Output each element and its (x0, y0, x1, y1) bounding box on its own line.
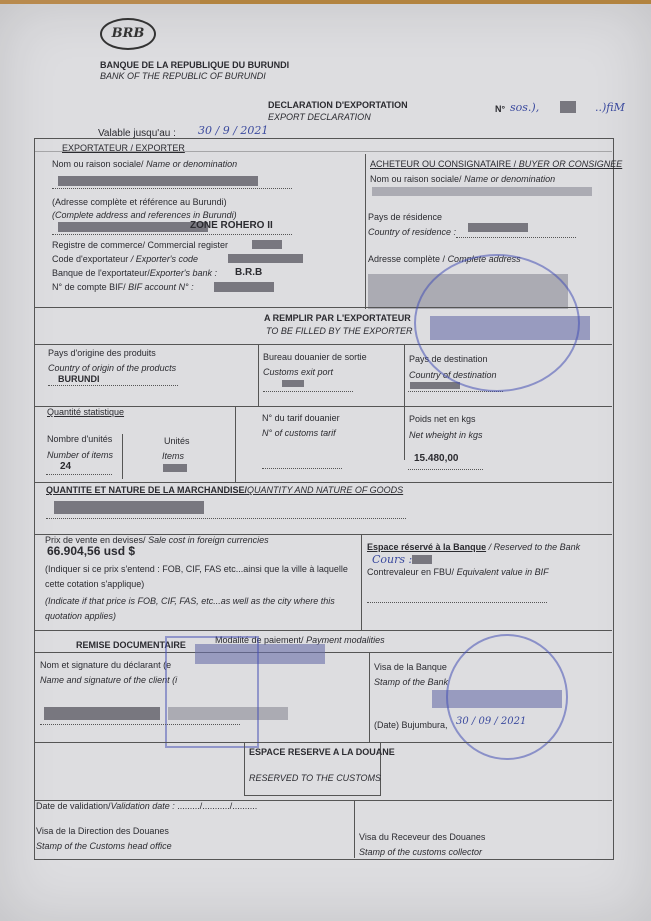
bif-account-label: N° de compte BIF/ BIF account N° : (52, 282, 194, 292)
validation-date-label: Date de validation/Validation date : ...… (36, 801, 257, 811)
bank-date-label: (Date) Bujumbura, (374, 720, 448, 730)
weight-value: 15.480,00 (414, 453, 459, 464)
bank-reserved-title: Espace réservé à la Banque / Reserved to… (367, 542, 580, 552)
units-label-en: Items (162, 451, 184, 461)
residence-label-en: Country of residence : (368, 227, 456, 237)
units-label-fr: Unités (164, 436, 190, 446)
units-count-label-en: Number of items (47, 450, 113, 460)
units-count-value: 24 (60, 461, 71, 472)
origin-value: BURUNDI (58, 374, 100, 384)
exporter-address-value: ZONE ROHERO II (190, 220, 273, 231)
fill-title-fr: A REMPLIR PAR L'EXPORTATEUR (264, 313, 411, 323)
declarant-label-fr: Nom et signature du déclarant (e (40, 660, 171, 670)
exporter-bank-value: B.R.B (235, 267, 262, 278)
bank-visa-label-en: Stamp of the Bank (374, 677, 448, 687)
exporter-code-label: Code d'exportateur / Exporter's code (52, 254, 198, 264)
brb-logo: BRB (100, 18, 156, 50)
tariff-label-fr: N° du tarif douanier (262, 413, 340, 423)
declarant-stamp (165, 636, 259, 748)
exporter-address-label-fr: (Adresse complète et référence au Burund… (52, 197, 227, 207)
declarant-label-en: Name and signature of the client (i (40, 675, 177, 685)
customs-collector-en: Stamp of the customs collector (359, 847, 482, 857)
price-value: 66.904,56 usd $ (47, 544, 135, 558)
redacted-exporter-address (58, 222, 208, 232)
redacted-goods (54, 501, 204, 514)
number-value-start: sos.), (510, 101, 539, 114)
price-note-fr: (Indiquer si ce prix s'entend : FOB, CIF… (45, 562, 355, 592)
doc-title-en: EXPORT DECLARATION (268, 112, 371, 122)
number-value-end: ..)fiM (595, 101, 625, 114)
commercial-register-label: Registre de commerce/ Commercial registe… (52, 240, 228, 250)
units-count-label-fr: Nombre d'unités (47, 434, 112, 444)
ministry-stamp (414, 254, 580, 392)
exporter-name-label: Nom ou raison sociale/ Name or denominat… (52, 159, 237, 169)
customs-title-fr: ESPACE RESERVE A LA DOUANE (249, 747, 395, 757)
bank-name-en: BANK OF THE REPUBLIC OF BURUNDI (100, 71, 266, 81)
redacted-buyer-name (372, 187, 592, 196)
exit-port-label-fr: Bureau douanier de sortie (263, 352, 367, 362)
weight-label-en: Net wheight in kgs (409, 430, 483, 440)
quantity-section-title: Quantité statistique (47, 407, 124, 417)
goods-section-title: QUANTITE ET NATURE DE LA MARCHANDISE/QUA… (46, 485, 403, 495)
exit-port-label-en: Customs exit port (263, 367, 333, 377)
residence-label-fr: Pays de résidence (368, 212, 442, 222)
weight-label-fr: Poids net en kgs (409, 414, 476, 424)
tariff-label-en: N° of customs tarif (262, 428, 336, 438)
price-note-en: (Indicate if that price is FOB, CIF, FAS… (45, 594, 360, 624)
exchange-rate-handwritten: Cours : (372, 553, 412, 566)
customs-collector-fr: Visa du Receveur des Douanes (359, 832, 485, 842)
buyer-name-label: Nom ou raison sociale/ Name or denominat… (370, 174, 555, 184)
redacted-exporter-name (58, 176, 258, 186)
exporter-bank-label: Banque de l'exportateur/Exporter's bank … (52, 268, 217, 278)
export-declaration-form: BRB BANQUE DE LA REPUBLIQUE DU BURUNDI B… (0, 4, 651, 921)
buyer-section-title: ACHETEUR OU CONSIGNATAIRE / BUYER OR CON… (370, 159, 622, 169)
fill-title-en: TO BE FILLED BY THE EXPORTER (266, 326, 413, 336)
origin-label-en: Country of origin of the products (48, 363, 176, 373)
customs-title-en: RESERVED TO THE CUSTOMS (249, 773, 381, 783)
redacted-number (560, 101, 576, 113)
doc-title-fr: DECLARATION D'EXPORTATION (268, 100, 408, 110)
exporter-address-label-en: (Complete address and references in Buru… (52, 210, 237, 220)
customs-head-office-fr: Visa de la Direction des Douanes (36, 826, 169, 836)
customs-head-office-en: Stamp of the Customs head office (36, 841, 172, 851)
bank-name-fr: BANQUE DE LA REPUBLIQUE DU BURUNDI (100, 60, 289, 70)
origin-label-fr: Pays d'origine des produits (48, 348, 156, 358)
valid-until-value: 30 / 9 / 2021 (198, 124, 268, 137)
bank-visa-label-fr: Visa de la Banque (374, 662, 447, 672)
equiv-value-label: Contrevaleur en FBU/ Equivalent value in… (367, 567, 549, 577)
redacted-declarant-name (44, 707, 160, 720)
number-label: N° (495, 104, 505, 114)
